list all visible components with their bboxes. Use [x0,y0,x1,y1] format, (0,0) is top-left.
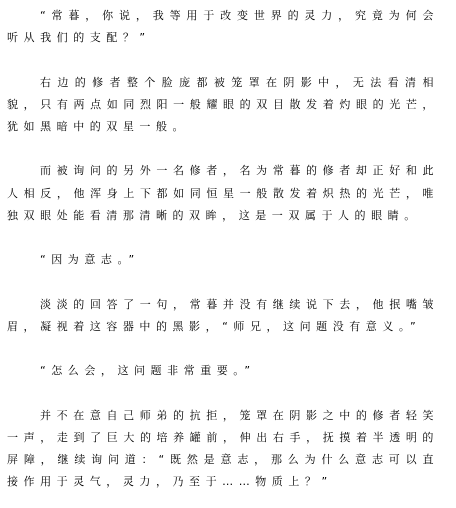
paragraph-answer-will: “因为意志。” [7,249,439,271]
paragraph-question-spirit-power: “常暮，你说，我等用于改变世界的灵力，究竟为何会听从我们的支配？” [7,5,439,49]
paragraph-very-important: “怎么会，这问题非常重要。” [7,360,439,382]
paragraph-changmu-reply: 淡淡的回答了一句，常暮并没有继续说下去，他抿嘴皱眉，凝视着这容器中的黑影，“师兄… [7,294,439,338]
paragraph-further-question: 并不在意自己师弟的抗拒，笼罩在阴影之中的修者轻笑一声，走到了巨大的培养罐前，伸出… [7,405,439,494]
paragraph-shadowed-cultivator: 右边的修者整个脸庞都被笼罩在阴影中，无法看清相貌，只有两点如同烈阳一般耀眼的双目… [7,72,439,139]
document-body: “常暮，你说，我等用于改变世界的灵力，究竟为何会听从我们的支配？” 右边的修者整… [7,5,439,508]
paragraph-changmu-description: 而被询问的另外一名修者，名为常暮的修者却正好和此人相反，他浑身上下都如同恒星一般… [7,160,439,227]
